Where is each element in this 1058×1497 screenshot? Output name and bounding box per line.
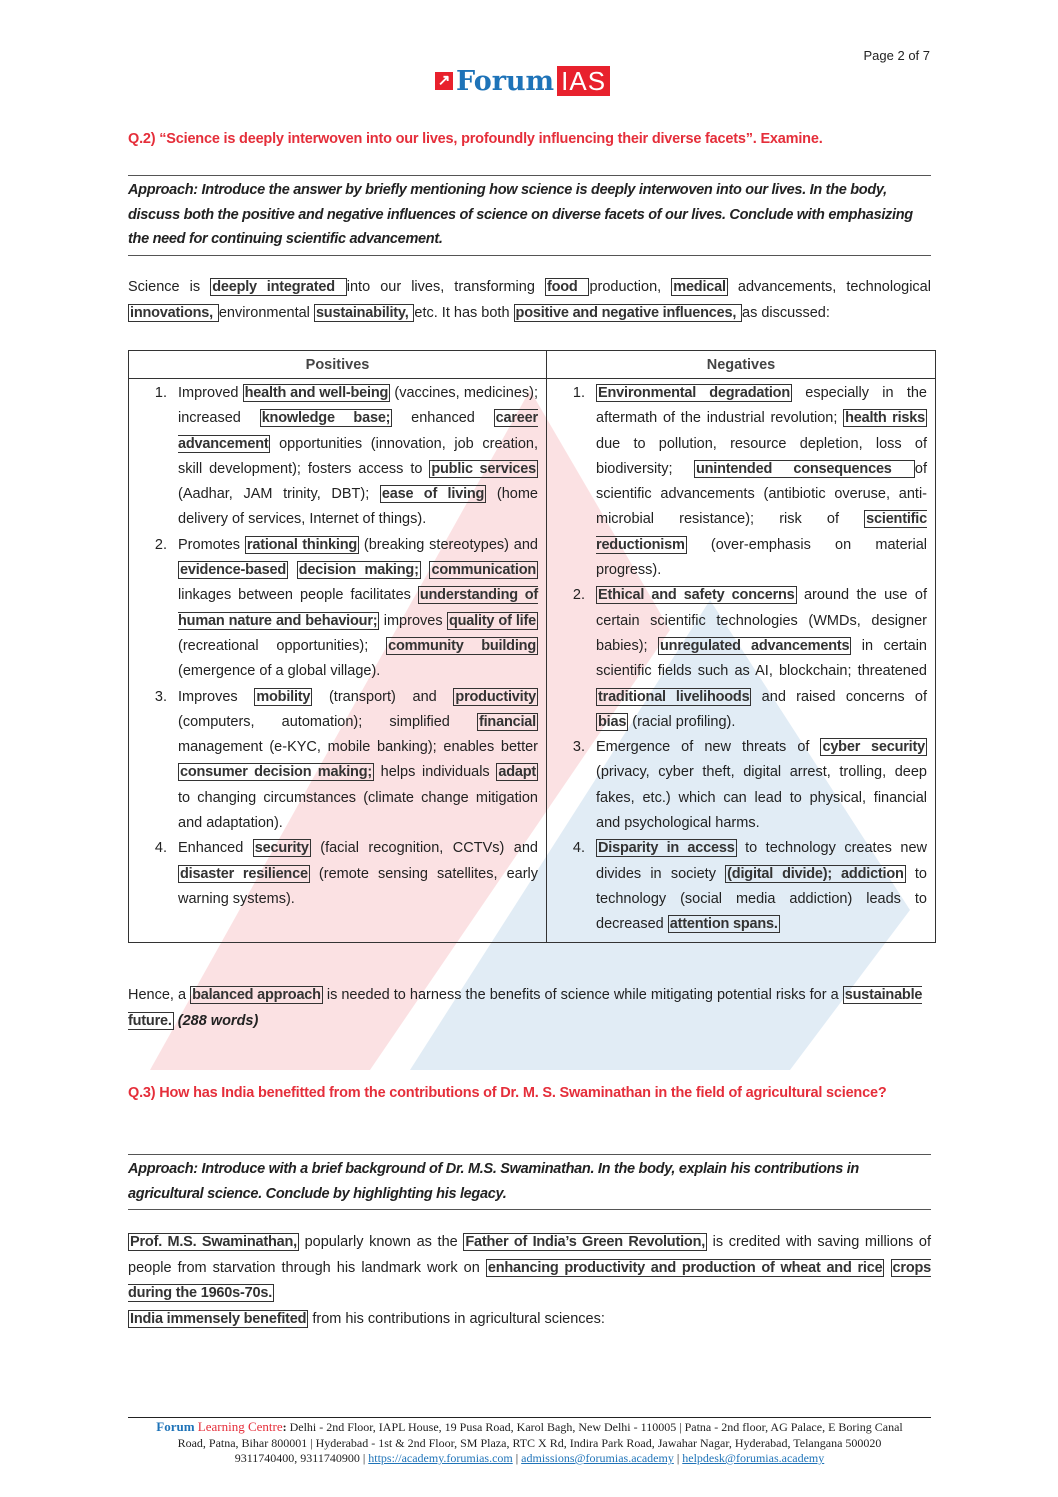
- helpdesk-email-link[interactable]: helpdesk@forumias.academy: [682, 1451, 824, 1465]
- keyword-highlight: (digital divide); addiction: [725, 865, 906, 883]
- keyword-highlight: balanced approach: [190, 986, 323, 1004]
- keyword-highlight: ease of living: [380, 485, 486, 503]
- keyword-highlight: positive and negative influences,: [514, 304, 742, 322]
- keyword-highlight: innovations,: [128, 304, 219, 322]
- footer-address-line-1: Forum Learning Centre: Delhi - 2nd Floor…: [128, 1419, 931, 1436]
- keyword-highlight: food: [545, 278, 589, 296]
- keyword-highlight: mobility: [254, 688, 312, 706]
- keyword-highlight: Environmental degradation: [596, 384, 792, 402]
- negatives-list: Environmental degradation especially in …: [555, 381, 927, 938]
- forumias-logo: ↗ Forum IAS: [435, 66, 610, 96]
- keyword-highlight: rational thinking: [245, 536, 359, 554]
- positives-cell: Improved health and well-being (vaccines…: [129, 379, 547, 943]
- keyword-highlight: health risks: [843, 409, 927, 427]
- keyword-highlight: Disparity in access: [596, 839, 737, 857]
- keyword-highlight: cyber security: [820, 738, 927, 756]
- positives-negatives-table-wrapper: Positives Negatives Improved health and …: [128, 350, 931, 943]
- keyword-highlight: disaster resilience: [178, 865, 310, 883]
- keyword-highlight: public services: [429, 460, 538, 478]
- question-3-title: Q.3) How has India benefitted from the c…: [128, 1081, 931, 1106]
- negatives-item-2: Ethical and safety concerns around the u…: [589, 583, 927, 735]
- keyword-highlight: enhancing productivity and production of…: [486, 1259, 885, 1277]
- q2-approach-text: Approach: Introduce the answer by briefl…: [128, 175, 931, 256]
- keyword-highlight: adapt: [496, 763, 538, 781]
- q3-approach-box: Approach: Introduce with a brief backgro…: [128, 1154, 931, 1210]
- positives-item-2: Promotes rational thinking (breaking ste…: [171, 533, 538, 685]
- word-count: (288 words): [174, 1013, 259, 1029]
- keyword-highlight: security: [253, 839, 311, 857]
- page-indicator: Page 2 of 7: [864, 48, 931, 63]
- keyword-highlight: attention spans.: [668, 915, 780, 933]
- footer-phones: 9311740400, 9311740900: [235, 1451, 360, 1465]
- q3-title-text: Q.3) How has India benefitted from the c…: [128, 1081, 931, 1106]
- arrow-logo-icon: ↗: [435, 72, 453, 90]
- admissions-email-link[interactable]: admissions@forumias.academy: [521, 1451, 674, 1465]
- q3-approach-text: Approach: Introduce with a brief backgro…: [128, 1154, 931, 1210]
- keyword-highlight: Father of India’s Green Revolution,: [463, 1233, 707, 1251]
- negatives-item-3: Emergence of new threats of cyber securi…: [589, 735, 927, 836]
- keyword-highlight: knowledge base;: [260, 409, 393, 427]
- keyword-highlight: communication: [429, 561, 538, 579]
- q2-title-text: Q.2) “Science is deeply interwoven into …: [128, 127, 931, 152]
- table-header-positives: Positives: [129, 351, 547, 379]
- positives-item-4: Enhanced security (facial recognition, C…: [171, 836, 538, 912]
- q2-conclusion-paragraph: Hence, a balanced approach is needed to …: [128, 983, 931, 1034]
- keyword-highlight: decision making;: [297, 561, 421, 579]
- q2-intro-paragraph: Science is deeply integrated into our li…: [128, 275, 931, 326]
- q3-intro-paragraph: Prof. M.S. Swaminathan, popularly known …: [128, 1230, 931, 1332]
- footer-address-line-2: Road, Patna, Bihar 800001 | Hyderabad - …: [128, 1436, 931, 1452]
- keyword-highlight: India immensely benefited: [128, 1310, 308, 1328]
- q2-approach-box: Approach: Introduce the answer by briefl…: [128, 175, 931, 256]
- question-2-title: Q.2) “Science is deeply interwoven into …: [128, 127, 931, 152]
- negatives-item-4: Disparity in access to technology create…: [589, 836, 927, 937]
- positives-negatives-table: Positives Negatives Improved health and …: [128, 350, 936, 943]
- q3-benefit-line: India immensely benefited from his contr…: [128, 1307, 931, 1333]
- website-link[interactable]: https://academy.forumias.com: [368, 1451, 513, 1465]
- keyword-highlight: unintended consequences: [694, 460, 915, 478]
- keyword-highlight: bias: [596, 713, 628, 731]
- negatives-cell: Environmental degradation especially in …: [547, 379, 936, 943]
- footer-contact-line: 9311740400, 9311740900 | https://academy…: [128, 1451, 931, 1467]
- logo-ias-text: IAS: [557, 66, 610, 96]
- logo-forum-text: Forum: [456, 66, 554, 97]
- keyword-highlight: consumer decision making;: [178, 763, 374, 781]
- keyword-highlight: Prof. M.S. Swaminathan,: [128, 1233, 299, 1251]
- keyword-highlight: traditional livelihoods: [596, 688, 751, 706]
- keyword-highlight: productivity: [453, 688, 538, 706]
- keyword-highlight: quality of life: [447, 612, 538, 630]
- table-header-negatives: Negatives: [547, 351, 936, 379]
- page-footer: Forum Learning Centre: Delhi - 2nd Floor…: [128, 1417, 931, 1467]
- keyword-highlight: medical: [671, 278, 728, 296]
- keyword-highlight: community building: [386, 637, 538, 655]
- negatives-item-1: Environmental degradation especially in …: [589, 381, 927, 583]
- keyword-highlight: Ethical and safety concerns: [596, 586, 797, 604]
- positives-list: Improved health and well-being (vaccines…: [137, 381, 538, 912]
- keyword-highlight: evidence-based: [178, 561, 288, 579]
- keyword-highlight: financial: [477, 713, 538, 731]
- keyword-highlight: sustainability,: [314, 304, 414, 322]
- keyword-highlight: deeply integrated: [210, 278, 347, 296]
- keyword-highlight: unregulated advancements: [658, 637, 851, 655]
- positives-item-3: Improves mobility (transport) and produc…: [171, 685, 538, 837]
- positives-item-1: Improved health and well-being (vaccines…: [171, 381, 538, 533]
- keyword-highlight: health and well-being: [243, 384, 391, 402]
